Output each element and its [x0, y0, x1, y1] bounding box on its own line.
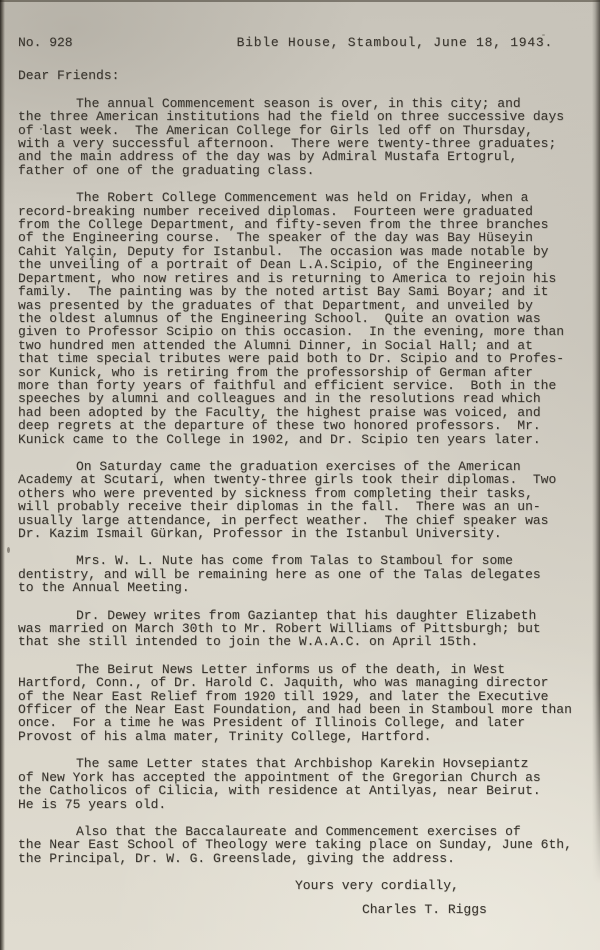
paragraph-commencement-season: The annual Commencement season is over, … — [18, 97, 594, 177]
dateline: Bible House, Stamboul, June 18, 1943. — [237, 36, 553, 49]
signature: Charles T. Riggs — [362, 903, 594, 916]
paragraph-robert-college: The Robert College Commencement was held… — [18, 191, 594, 446]
letter-header: No. 928Bible House, Stamboul, June 18, 1… — [18, 36, 594, 49]
paragraph-beirut-news-letter: The Beirut News Letter informs us of the… — [18, 663, 594, 743]
paragraph-mrs-nute: Mrs. W. L. Nute has come from Talas to S… — [18, 554, 594, 594]
letter-body: No. 928Bible House, Stamboul, June 18, 1… — [0, 0, 600, 950]
document-number: No. 928 — [18, 36, 73, 49]
scanned-letter-page: No. 928Bible House, Stamboul, June 18, 1… — [0, 0, 600, 950]
salutation: Dear Friends: — [18, 69, 594, 82]
paragraph-archbishop: The same Letter states that Archbishop K… — [18, 757, 594, 811]
closing-line: Yours very cordially, — [295, 879, 594, 892]
paragraph-dr-dewey: Dr. Dewey writes from Gaziantep that his… — [18, 609, 594, 649]
paragraph-baccalaureate: Also that the Baccalaureate and Commence… — [18, 825, 594, 865]
paragraph-american-academy: On Saturday came the graduation exercise… — [18, 460, 594, 540]
